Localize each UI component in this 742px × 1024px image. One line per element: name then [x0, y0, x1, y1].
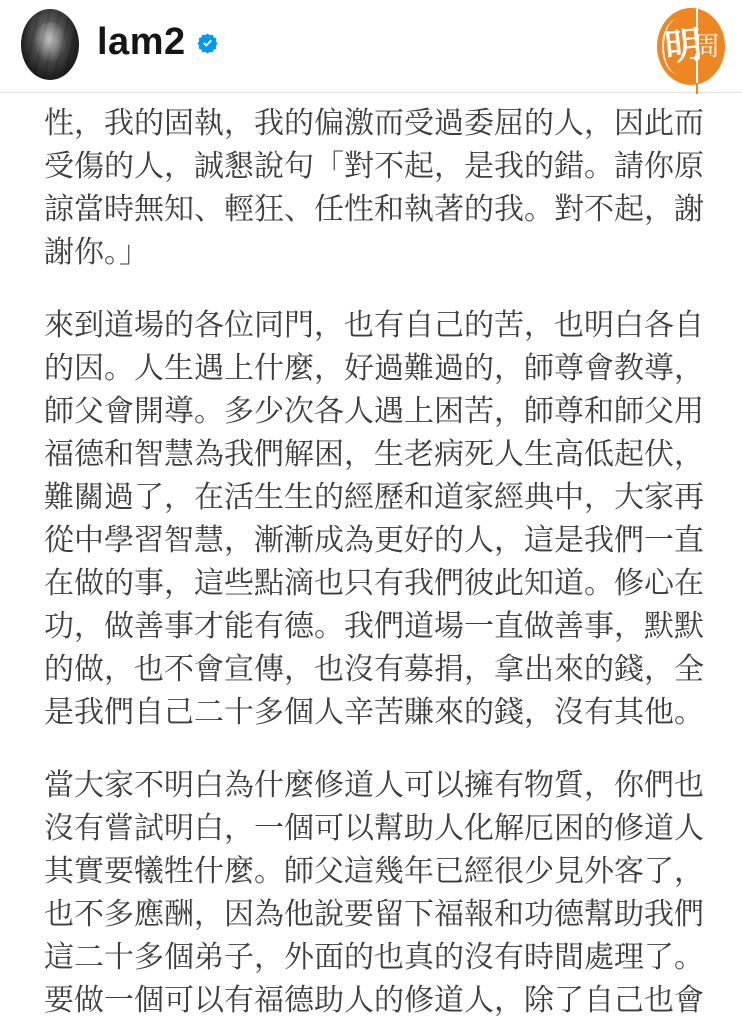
- mingpao-weekly-logo: 明 周: [657, 8, 725, 85]
- caption-paragraph-1: 性，我的固執，我的偏激而受過委屈的人，因此而 受傷的人，誠懇說句「對不起，是我的…: [44, 102, 722, 274]
- verified-badge-icon: [197, 33, 218, 54]
- post-header: lam2 明 周: [0, 0, 742, 93]
- logo-char-zhou: 周: [693, 33, 720, 60]
- avatar[interactable]: [21, 9, 79, 80]
- post-caption: 性，我的固執，我的偏激而受過委屈的人，因此而 受傷的人，誠懇說句「對不起，是我的…: [0, 94, 742, 1024]
- instagram-post-screenshot: lam2 明 周 性，我的固執，我的偏激而受過委屈的人，因此而 受傷的人，誠懇說…: [0, 0, 742, 1024]
- caption-paragraph-2: 來到道場的各位同門，也有自己的苦，也明白各自 的因。人生遇上什麼，好過難過的，師…: [44, 304, 722, 734]
- username[interactable]: lam2: [97, 21, 186, 65]
- caption-paragraph-3: 當大家不明白為什麼修道人可以擁有物質，你們也 沒有嘗試明白，一個可以幫助人化解厄…: [44, 764, 722, 1022]
- tiger-avatar-image: [21, 9, 79, 80]
